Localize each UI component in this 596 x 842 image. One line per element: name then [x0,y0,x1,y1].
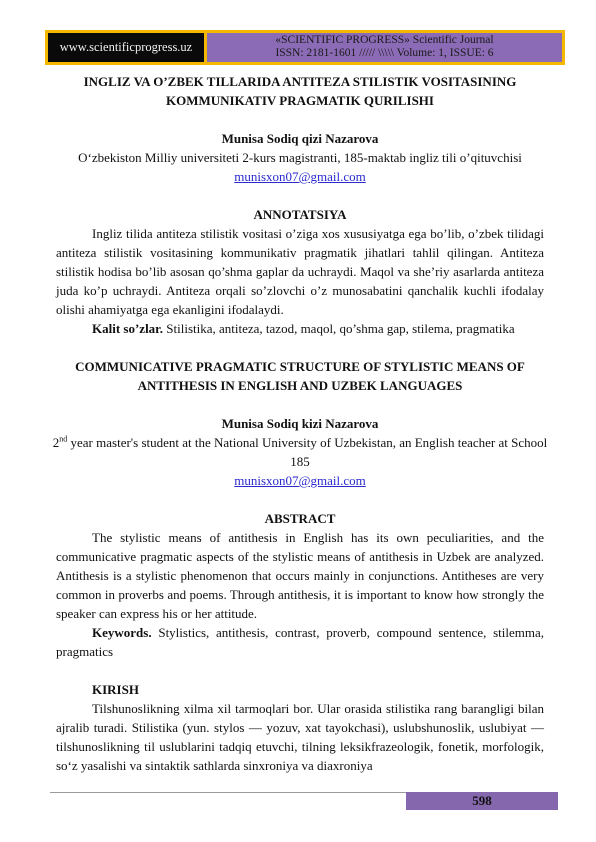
en-title-line-2: ANTITHESIS IN ENGLISH AND UZBEK LANGUAGE… [56,376,544,395]
intro-heading: KIRISH [56,680,544,699]
en-email-link[interactable]: munisxon07@gmail.com [234,473,366,488]
uz-abstract-text: Ingliz tilida antiteza stilistik vositas… [56,224,544,319]
en-author: Munisa Sodiq kizi Nazarova [56,414,544,433]
journal-website: www.scientificprogress.uz [48,33,204,62]
uz-author: Munisa Sodiq qizi Nazarova [56,129,544,148]
uz-title-line-2: KOMMUNIKATIV PRAGMATIK QURILISHI [56,91,544,110]
uz-abstract-heading: ANNOTATSIYA [56,205,544,224]
en-keywords: Keywords. Stylistics, antithesis, contra… [56,623,544,661]
journal-info: «SCIENTIFIC PROGRESS» Scientific Journal… [207,33,562,62]
en-keywords-label: Keywords. [92,625,152,640]
uz-title: INGLIZ VA O’ZBEK TILLARIDA ANTITEZA STIL… [56,72,544,110]
uz-affiliation: O‘zbekiston Milliy universiteti 2-kurs m… [50,148,550,167]
en-title: COMMUNICATIVE PRAGMATIC STRUCTURE OF STY… [56,357,544,395]
intro-text: Tilshunoslikning xilma xil tarmoqlari bo… [56,699,544,775]
en-abstract-heading: ABSTRACT [56,509,544,528]
footer-divider [50,792,408,793]
journal-issn-volume: ISSN: 2181-1601 ///// \\\\\ Volume: 1, I… [207,47,562,60]
en-title-line-1: COMMUNICATIVE PRAGMATIC STRUCTURE OF STY… [56,357,544,376]
article-body: INGLIZ VA O’ZBEK TILLARIDA ANTITEZA STIL… [56,72,544,775]
uz-email-link[interactable]: munisxon07@gmail.com [234,169,366,184]
journal-name: «SCIENTIFIC PROGRESS» Scientific Journal [207,34,562,47]
uz-keywords-label: Kalit so’zlar. [92,321,163,336]
journal-header: www.scientificprogress.uz «SCIENTIFIC PR… [45,30,565,65]
page-number: 598 [406,792,558,810]
uz-keywords: Kalit so’zlar. Stilistika, antiteza, taz… [56,319,544,338]
uz-title-line-1: INGLIZ VA O’ZBEK TILLARIDA ANTITEZA STIL… [56,72,544,91]
uz-keywords-text: Stilistika, antiteza, tazod, maqol, qo’s… [163,321,515,336]
en-abstract-text: The stylistic means of antithesis in Eng… [56,528,544,623]
en-affiliation: 2nd year master's student at the Nationa… [50,433,550,471]
en-affiliation-text: year master's student at the National Un… [67,435,547,469]
